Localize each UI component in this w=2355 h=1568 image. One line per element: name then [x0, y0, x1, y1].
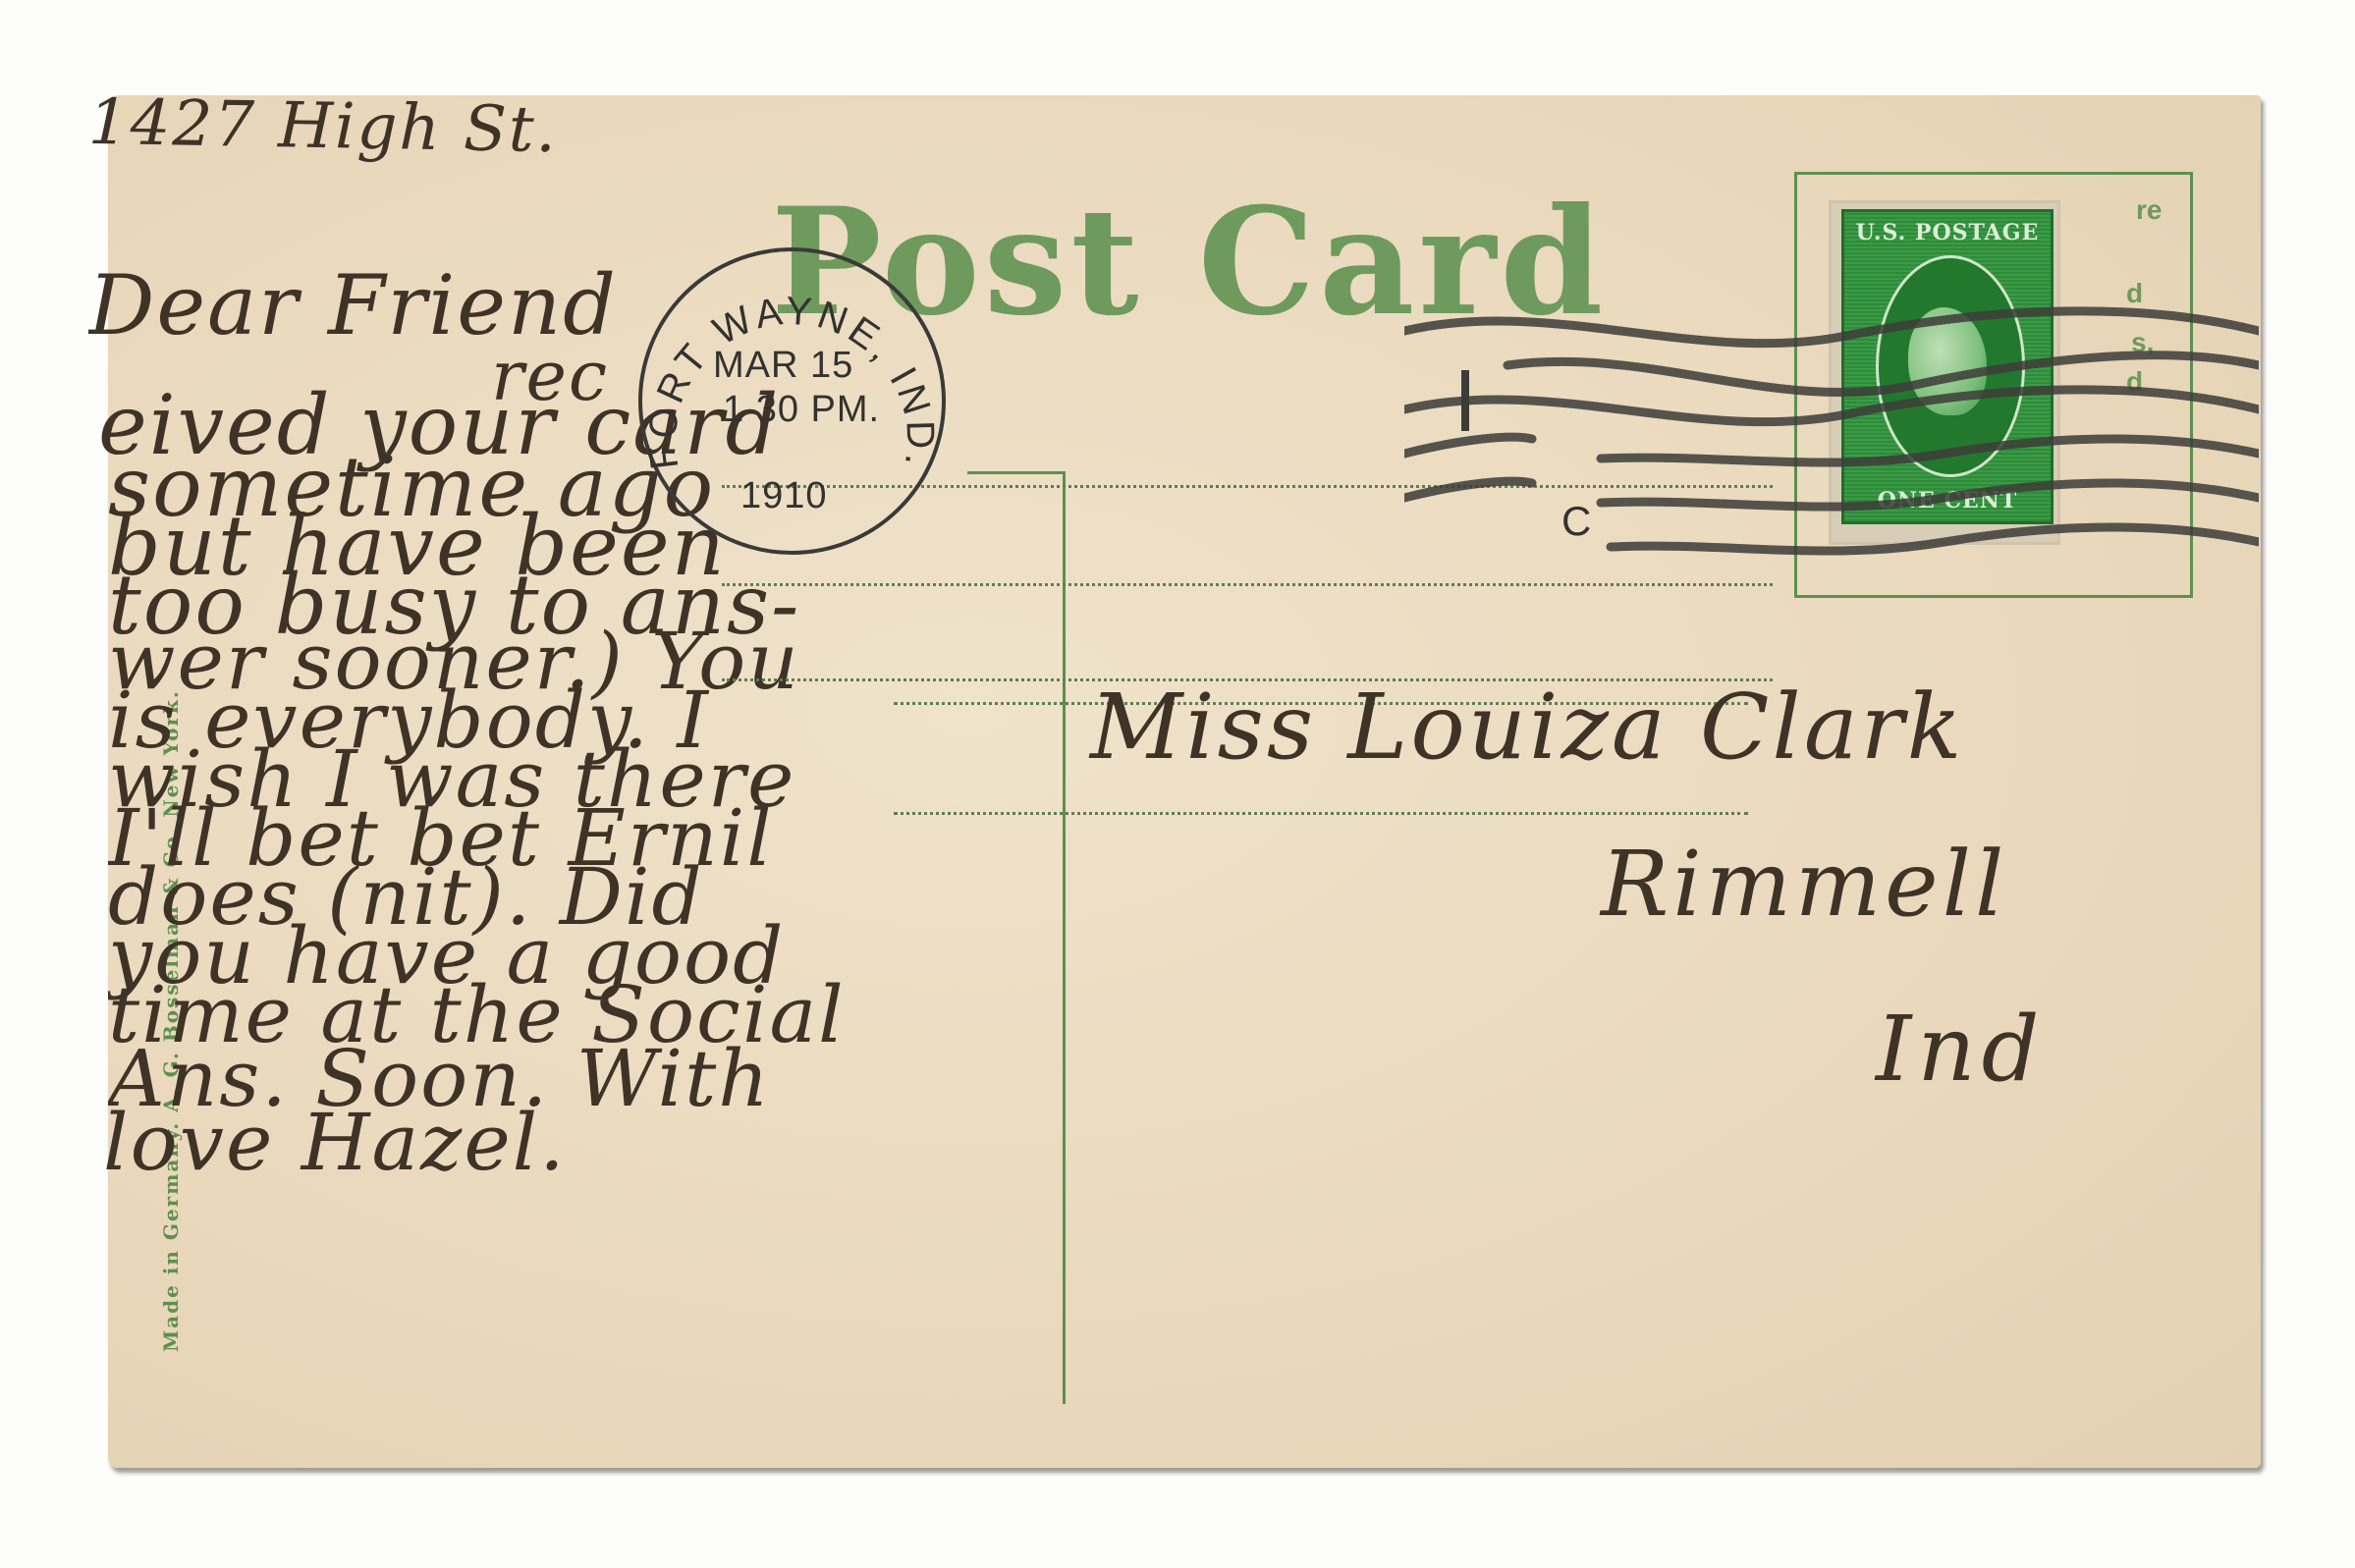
stamp-top-text: U.S. POSTAGE — [1844, 220, 2051, 245]
postmark-year: 1910 — [740, 475, 828, 517]
cancel-letter: C — [1561, 498, 1591, 545]
recipient-city: Rimmell — [1601, 832, 2007, 937]
postmark: FORT WAYNE, IND. MAR 15 1 30 PM. 1910 — [638, 247, 946, 555]
wavy-cancel-lines — [1404, 306, 2259, 601]
postcard: 1427 High St. Post Card Made in Germany.… — [108, 95, 2261, 1468]
stamp-box-text: re — [2136, 194, 2162, 226]
stamp-box-text: d — [2126, 278, 2143, 309]
return-address: 1427 High St. — [87, 86, 558, 167]
cancel-tick — [1461, 370, 1469, 431]
address-line-5 — [894, 812, 1748, 815]
recipient-name: Miss Louiza Clark — [1090, 675, 1964, 780]
recipient-state: Ind — [1876, 997, 2046, 1102]
postmark-time: 1 30 PM. — [723, 389, 880, 431]
postmark-date: MAR 15 — [713, 345, 853, 387]
message-line: love Hazel. — [103, 1097, 1066, 1188]
